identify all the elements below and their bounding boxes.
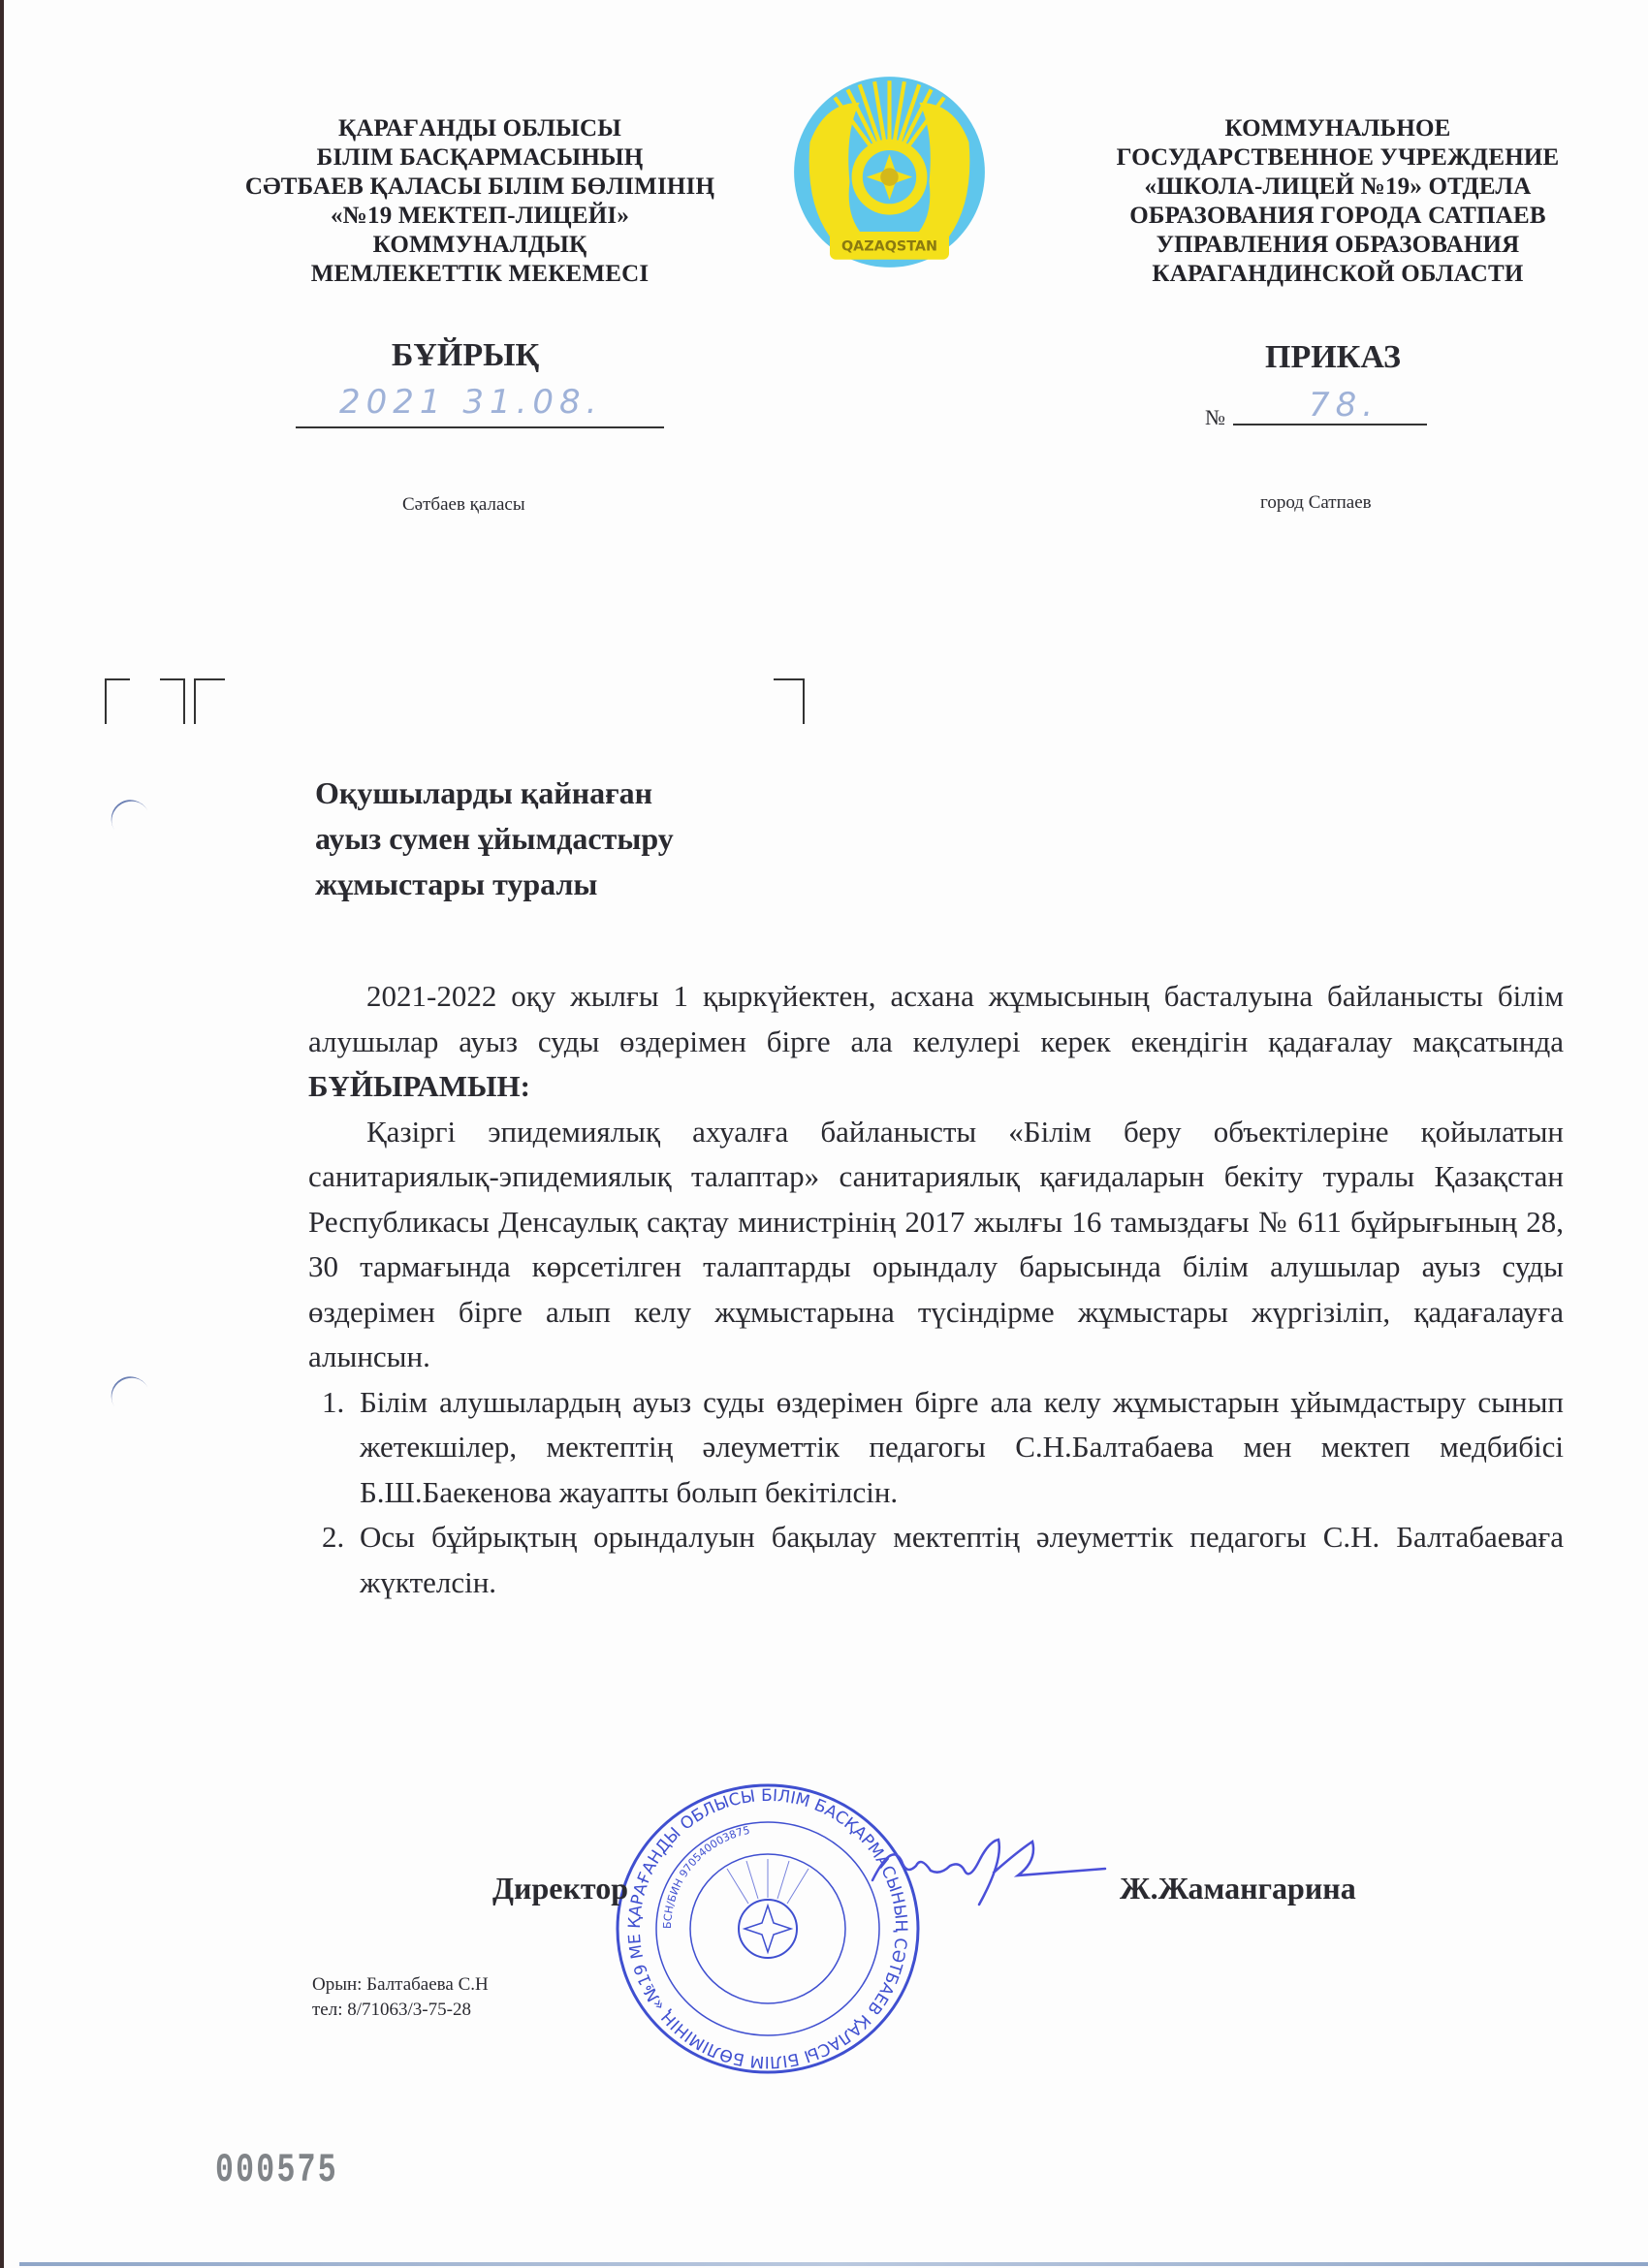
header-kz-line: БІЛІМ БАСҚАРМАСЫНЫҢ [242, 143, 717, 173]
header-ru-line: «ШКОЛА-ЛИЦЕЙ №19» ОТДЕЛА [1066, 173, 1609, 202]
order-body: 2021-2022 оқу жылғы 1 қыркүйектен, асхан… [308, 974, 1564, 1605]
corner-mark [160, 678, 185, 724]
form-serial-number: 000575 [215, 2147, 338, 2193]
header-ru-line: КОММУНАЛЬНОЕ [1066, 114, 1609, 143]
header-ru-line: УПРАВЛЕНИЯ ОБРАЗОВАНИЯ [1066, 231, 1609, 260]
header-kz-line: «№19 МЕКТЕП-ЛИЦЕЙІ» [242, 202, 717, 231]
order-title-russian: ПРИКАЗ [1246, 339, 1420, 376]
order-number-label: № [1205, 405, 1225, 430]
official-stamp-icon: ҚАРАҒАНДЫ ОБЛЫСЫ БІЛІМ БАСҚАРМАСЫНЫҢ СӘТ… [613, 1781, 923, 2077]
executor-info: Орын: Балтабаева С.Н тел: 8/71063/3-75-2… [312, 1972, 489, 2023]
order-number-handwritten: 78. [1309, 386, 1379, 425]
header-kz-line: КОММУНАЛДЫҚ [242, 231, 717, 260]
intro-text: 2021-2022 оқу жылғы 1 қыркүйектен, асхан… [308, 979, 1564, 1058]
subject-line: жұмыстары туралы [315, 862, 819, 907]
order-items-list: Білім алушылардың ауыз суды өздерімен бі… [308, 1380, 1564, 1606]
date-underline [296, 426, 664, 428]
intro-paragraph: 2021-2022 оқу жылғы 1 қыркүйектен, асхан… [308, 974, 1564, 1110]
order-title-kazakh: БҰЙРЫҚ [368, 337, 562, 374]
scan-left-edge [0, 0, 4, 2268]
corner-mark [105, 678, 130, 724]
header-ru-line: КАРАГАНДИНСКОЙ ОБЛАСТИ [1066, 260, 1609, 289]
punch-hole-mark [104, 1370, 158, 1424]
city-russian: город Сатпаев [1260, 492, 1372, 514]
order-keyword: БҰЙЫРАМЫН: [308, 1069, 530, 1103]
handwritten-signature-icon [863, 1832, 1115, 1909]
signatory-name: Ж.Жамангарина [1120, 1871, 1356, 1906]
punch-hole-mark [104, 793, 158, 847]
header-kz-line: СӘТБАЕВ ҚАЛАСЫ БІЛІМ БӨЛІМІНІҢ [242, 173, 717, 202]
signatory-position: Директор [492, 1871, 628, 1906]
city-kazakh: Сәтбаев қаласы [402, 494, 525, 516]
header-kz-line: МЕМЛЕКЕТТІК МЕКЕМЕСІ [242, 260, 717, 289]
order-item: Осы бұйрықтың орындалуын бақылау мектепт… [352, 1515, 1564, 1605]
corner-mark [194, 678, 225, 724]
scan-bottom-edge [19, 2262, 1648, 2266]
header-kz-line: ҚАРАҒАНДЫ ОБЛЫСЫ [242, 114, 717, 143]
corner-mark [774, 678, 805, 724]
emblem-text: QAZAQSTAN [841, 238, 937, 254]
executor-phone: тел: 8/71063/3-75-28 [312, 1998, 489, 2023]
executor-name: Орын: Балтабаева С.Н [312, 1972, 489, 1998]
requirements-paragraph: Қазіргі эпидемиялық ахуалға байланысты «… [308, 1110, 1564, 1380]
order-subject: Оқушыларды қайнаған ауыз сумен ұйымдасты… [315, 771, 819, 907]
order-item: Білім алушылардың ауыз суды өздерімен бі… [352, 1380, 1564, 1516]
state-emblem-icon: QAZAQSTAN [790, 73, 989, 271]
header-ru-line: ОБРАЗОВАНИЯ ГОРОДА САТПАЕВ [1066, 202, 1609, 231]
subject-line: Оқушыларды қайнаған [315, 771, 819, 816]
subject-line: ауыз сумен ұйымдастыру [315, 816, 819, 862]
header-kazakh: ҚАРАҒАНДЫ ОБЛЫСЫ БІЛІМ БАСҚАРМАСЫНЫҢ СӘТ… [242, 114, 717, 289]
header-russian: КОММУНАЛЬНОЕ ГОСУДАРСТВЕННОЕ УЧРЕЖДЕНИЕ … [1066, 114, 1609, 289]
order-date-handwritten: 2021 31.08. [339, 383, 602, 422]
header-ru-line: ГОСУДАРСТВЕННОЕ УЧРЕЖДЕНИЕ [1066, 143, 1609, 173]
number-underline [1233, 424, 1427, 425]
